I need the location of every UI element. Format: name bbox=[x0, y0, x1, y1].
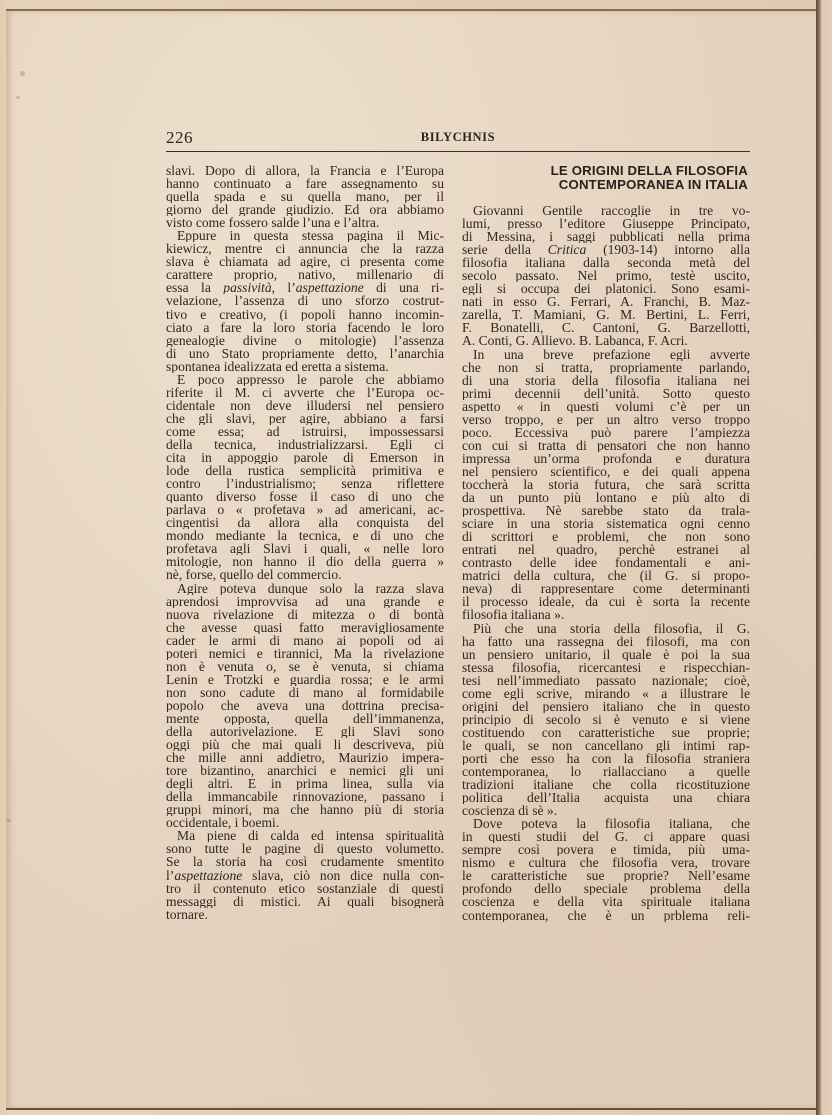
italic-term: passività bbox=[223, 281, 271, 294]
text-line: Agire poteva dunque solo la razza slava bbox=[166, 582, 444, 595]
text-line: parlava o « profetava » ad americani, ac… bbox=[166, 503, 444, 516]
text-line: tornare. bbox=[166, 908, 444, 921]
text-line: popolo che aveva una dottrina precisa- bbox=[166, 699, 444, 712]
text-line: che non si tratta, propriamente parlando… bbox=[462, 361, 750, 374]
text-line: non è venuta o, se è venuta, si chiama bbox=[166, 660, 444, 673]
text-line: filosofia italiana ». bbox=[462, 608, 750, 621]
text-line: politica dell’Italia acquista una chiara bbox=[462, 791, 750, 804]
text-line: serie della Critica (1903-14) intorno al… bbox=[462, 243, 750, 256]
italic-term: aspettazione bbox=[296, 281, 364, 294]
text-line: nel pensiero scientifico, e dei quali ap… bbox=[462, 465, 750, 478]
article-title-line-2: CONTEMPORANEA IN ITALIA bbox=[462, 178, 750, 192]
text-line: contro l’industrialismo; senza rifletter… bbox=[166, 477, 444, 490]
text-line: della immancabile rinnovazione, passano … bbox=[166, 790, 444, 803]
text-line: velazione, l’assenza di uno sforzo costr… bbox=[166, 294, 444, 307]
text-line: come essa; ad istruirsi, impossessarsi bbox=[166, 425, 444, 438]
text-line: matrici della cultura, che (il G. si pro… bbox=[462, 569, 750, 582]
text-line: Se la storia ha così crudamente smentito bbox=[166, 855, 444, 868]
foxing-spot bbox=[16, 96, 20, 99]
text-line: In una breve prefazione egli avverte bbox=[462, 348, 750, 361]
text-line: prospettiva. Nè sarebbe stato da trala- bbox=[462, 504, 750, 517]
text-line: della autorivelazione. E gli Slavi sono bbox=[166, 725, 444, 738]
text-line: egli si occupa dei platonici. Sono esami… bbox=[462, 282, 750, 295]
text-line: porti che esso ha con la filosofia stran… bbox=[462, 752, 750, 765]
text-line: lumi, presso l’editore Giuseppe Principa… bbox=[462, 217, 750, 230]
page-header: 226 BILYCHNIS bbox=[166, 128, 750, 152]
text-line: mente opposta, quella dell’immanenza, bbox=[166, 712, 444, 725]
text-line: Dove poteva la filosofia italiana, che bbox=[462, 817, 750, 830]
text-line: mitologie, non hanno il dio della guerra… bbox=[166, 555, 444, 568]
text-line: un pensiero unitario, il quale è poi la … bbox=[462, 648, 750, 661]
text-line: zarella, T. Mamiani, G. M. Bertini, L. F… bbox=[462, 308, 750, 321]
text-line: tradizioni italiane che colla ricostituz… bbox=[462, 778, 750, 791]
text-line: spontanea idealizzata ed eretta a sistem… bbox=[166, 360, 444, 373]
text-line: nati in esso G. Ferrari, A. Franchi, B. … bbox=[462, 295, 750, 308]
text-line: nismo e cultura che filosofia vera, trov… bbox=[462, 856, 750, 869]
text-line: hanno continuato a fare assegnamento su bbox=[166, 177, 444, 190]
text-line: occidentale, i boemi. bbox=[166, 816, 444, 829]
text-line: toccherà la storia futura, che sarà scri… bbox=[462, 478, 750, 491]
text-line: aspetto « in questi volumi c’è per un bbox=[462, 400, 750, 413]
text-line: quella spada e su quella mano, per il bbox=[166, 190, 444, 203]
text-line: giorno del grande giudizio. Ed ora abbia… bbox=[166, 203, 444, 216]
text-line: quanto diverso fosse il caso di uno che bbox=[166, 490, 444, 503]
scanned-page: 226 BILYCHNIS slavi. Dopo di allora, la … bbox=[0, 0, 832, 1115]
header-rule bbox=[166, 151, 750, 152]
text-line: F. Bonatelli, C. Cantoni, G. Barzellotti… bbox=[462, 321, 750, 334]
foxing-spot bbox=[20, 71, 25, 76]
text-line: non sono cadute di mano al formidabile bbox=[166, 686, 444, 699]
text-line: profondo dello speciale problema della bbox=[462, 882, 750, 895]
text-line: da un punto più lontano e più alto di bbox=[462, 491, 750, 504]
text-line: le quali, se non cancellano gli intimi r… bbox=[462, 739, 750, 752]
text-line: profetava agli Slavi i quali, « nelle lo… bbox=[166, 542, 444, 555]
text-line: cidentale non deve illudersi nel pensier… bbox=[166, 399, 444, 412]
text-line: entrati nel quadro, perchè estranei al bbox=[462, 543, 750, 556]
text-line: cingentisi da allora alla conquista del bbox=[166, 516, 444, 529]
text-line: cader le armi di mano ai popoli od ai bbox=[166, 634, 444, 647]
text-line: genealogie divine o mitologie) l’assenza bbox=[166, 334, 444, 347]
text-line: principio di secolo si è venuto e si vie… bbox=[462, 713, 750, 726]
running-head: BILYCHNIS bbox=[166, 130, 750, 145]
text-line: ha fatto una rassegna dei filosofi, ma c… bbox=[462, 635, 750, 648]
text-line: Lenin e Trotzki e guardia rossa; e le ar… bbox=[166, 673, 444, 686]
text-line: poteri nemici e tirannici, Ma la rivelaz… bbox=[166, 647, 444, 660]
text-line: sciare in una storia sistematica ogni ce… bbox=[462, 517, 750, 530]
left-column: slavi. Dopo di allora, la Francia e l’Eu… bbox=[166, 164, 444, 921]
text-line: di uno Stato propriamente detto, l’anarc… bbox=[166, 347, 444, 360]
text-line: Più che una storia della filosofia, il G… bbox=[462, 622, 750, 635]
text-line: tivo e creativo, (i popoli hanno incomin… bbox=[166, 308, 444, 321]
text-line: della tecnica, industrializzarsi. Egli c… bbox=[166, 438, 444, 451]
text-line: Eppure in questa stessa pagina il Mic- bbox=[166, 229, 444, 242]
text-line: stessa filosofia, ricercantesi e rispecc… bbox=[462, 661, 750, 674]
text-line: contemporanea, che è un prblema reli- bbox=[462, 909, 750, 922]
article-title-line-1: LE ORIGINI DELLA FILOSOFIA bbox=[462, 164, 750, 178]
text-line: poco. Eccessiva può parere l’ampiezza bbox=[462, 426, 750, 439]
text-line: oggi più che mai quali li descriveva, pi… bbox=[166, 738, 444, 751]
text-line: coscienza e della vita spirituale italia… bbox=[462, 895, 750, 908]
text-line: essa la passività, l’aspettazione di una… bbox=[166, 281, 444, 294]
text-line: riferite il M. ci avverte che l’Europa o… bbox=[166, 386, 444, 399]
text-line: impressa un’orma profonda e duratura bbox=[462, 452, 750, 465]
text-line: che avesse quasi fatto meravigliosamente bbox=[166, 621, 444, 634]
text-line: degli altri. E in prima linea, sulla via bbox=[166, 777, 444, 790]
text-line: E poco appresso le parole che abbiamo bbox=[166, 373, 444, 386]
text-line: Giovanni Gentile raccoglie in tre vo- bbox=[462, 204, 750, 217]
text-line: nè, forse, quello del commercio. bbox=[166, 568, 444, 581]
text-line: gruppi minori, ma che hanno più di stori… bbox=[166, 803, 444, 816]
text-line: neva) di rappresentare come determinanti bbox=[462, 582, 750, 595]
text-line: slavi. Dopo di allora, la Francia e l’Eu… bbox=[166, 164, 444, 177]
text-line: di scrittori e problemi, che non sono bbox=[462, 530, 750, 543]
text-line: filosofia italiana dalla seconda metà de… bbox=[462, 256, 750, 269]
text-line: lode della rustica semplicità primitiva … bbox=[166, 464, 444, 477]
text-line: verso troppo, e per un altro verso tropp… bbox=[462, 413, 750, 426]
text-line: che gli slavi, per agire, abbiano a fars… bbox=[166, 412, 444, 425]
text-line: origini del pensiero italiano che in que… bbox=[462, 700, 750, 713]
text-line: costituendo con caratteristiche sue prop… bbox=[462, 726, 750, 739]
text-line: nuova rivelazione di mitezza o di bontà bbox=[166, 608, 444, 621]
text-line: ciato a fare la loro storia facendo le l… bbox=[166, 321, 444, 334]
text-line: slava è chiamata ad agire, ci presenta c… bbox=[166, 255, 444, 268]
text-line: coscienza di sè ». bbox=[462, 804, 750, 817]
text-line: le caratteristiche sue proprie? Nell’esa… bbox=[462, 869, 750, 882]
title-spacer bbox=[462, 192, 750, 204]
text-line: cita in appoggio parole di Emerson in bbox=[166, 451, 444, 464]
text-line: primi decennii dell’unità. Sotto questo bbox=[462, 387, 750, 400]
text-line: di Messina, i saggi pubblicati nella pri… bbox=[462, 230, 750, 243]
text-line: tesi nell’immediato passato nazionale; c… bbox=[462, 674, 750, 687]
text-line: con cui si tratta di pensatori che non h… bbox=[462, 439, 750, 452]
text-line: Ma piene di calda ed intensa spiritualit… bbox=[166, 829, 444, 842]
text-line: tore bizantino, anarchici e nemici gli u… bbox=[166, 764, 444, 777]
text-line: visto come fossero salde l’una e l’altra… bbox=[166, 216, 444, 229]
right-column: LE ORIGINI DELLA FILOSOFIA CONTEMPORANEA… bbox=[462, 164, 750, 922]
article-body: Giovanni Gentile raccoglie in tre vo-lum… bbox=[462, 204, 750, 922]
text-line: il processo ideale, da cui è sorta la re… bbox=[462, 595, 750, 608]
text-line: messaggi di mistici. Ai quali bisognerà bbox=[166, 895, 444, 908]
text-line: carattere proprio, nativo, millenario di bbox=[166, 268, 444, 281]
text-line: contrasto delle idee fondamentali e ani- bbox=[462, 556, 750, 569]
text-line: aprendosi improvvisa ad una grande e bbox=[166, 595, 444, 608]
foxing-spot bbox=[6, 819, 11, 822]
text-line: secolo passato. Nel primo, testè uscito, bbox=[462, 269, 750, 282]
text-line: mondo mediante la tecnica, e di uno che bbox=[166, 529, 444, 542]
text-line: in questi studii del G. ci appare quasi bbox=[462, 830, 750, 843]
text-line: l’aspettazione slava, ciò non dice nulla… bbox=[166, 869, 444, 882]
text-line: come egli scrive, mirando « a illustrare… bbox=[462, 687, 750, 700]
text-line: che mille anni addietro, Maurizio impera… bbox=[166, 751, 444, 764]
italic-term: aspettazione bbox=[174, 869, 242, 882]
text-line: sempre così povera e timida, più uma- bbox=[462, 843, 750, 856]
text-line: kiewicz, mentre ci annuncia che la razza bbox=[166, 242, 444, 255]
italic-term: Critica bbox=[548, 243, 587, 256]
text-line: tro il contenuto etico sostanziale di qu… bbox=[166, 882, 444, 895]
next-page-edge bbox=[816, 0, 832, 1115]
text-line: sono tutte le pagine di questo volumetto… bbox=[166, 842, 444, 855]
text-line: A. Conti, G. Allievo. B. Labanca, F. Acr… bbox=[462, 334, 750, 347]
text-line: contemporanea, lo riallacciano a quelle bbox=[462, 765, 750, 778]
text-line: di una storia della filosofia italiana n… bbox=[462, 374, 750, 387]
